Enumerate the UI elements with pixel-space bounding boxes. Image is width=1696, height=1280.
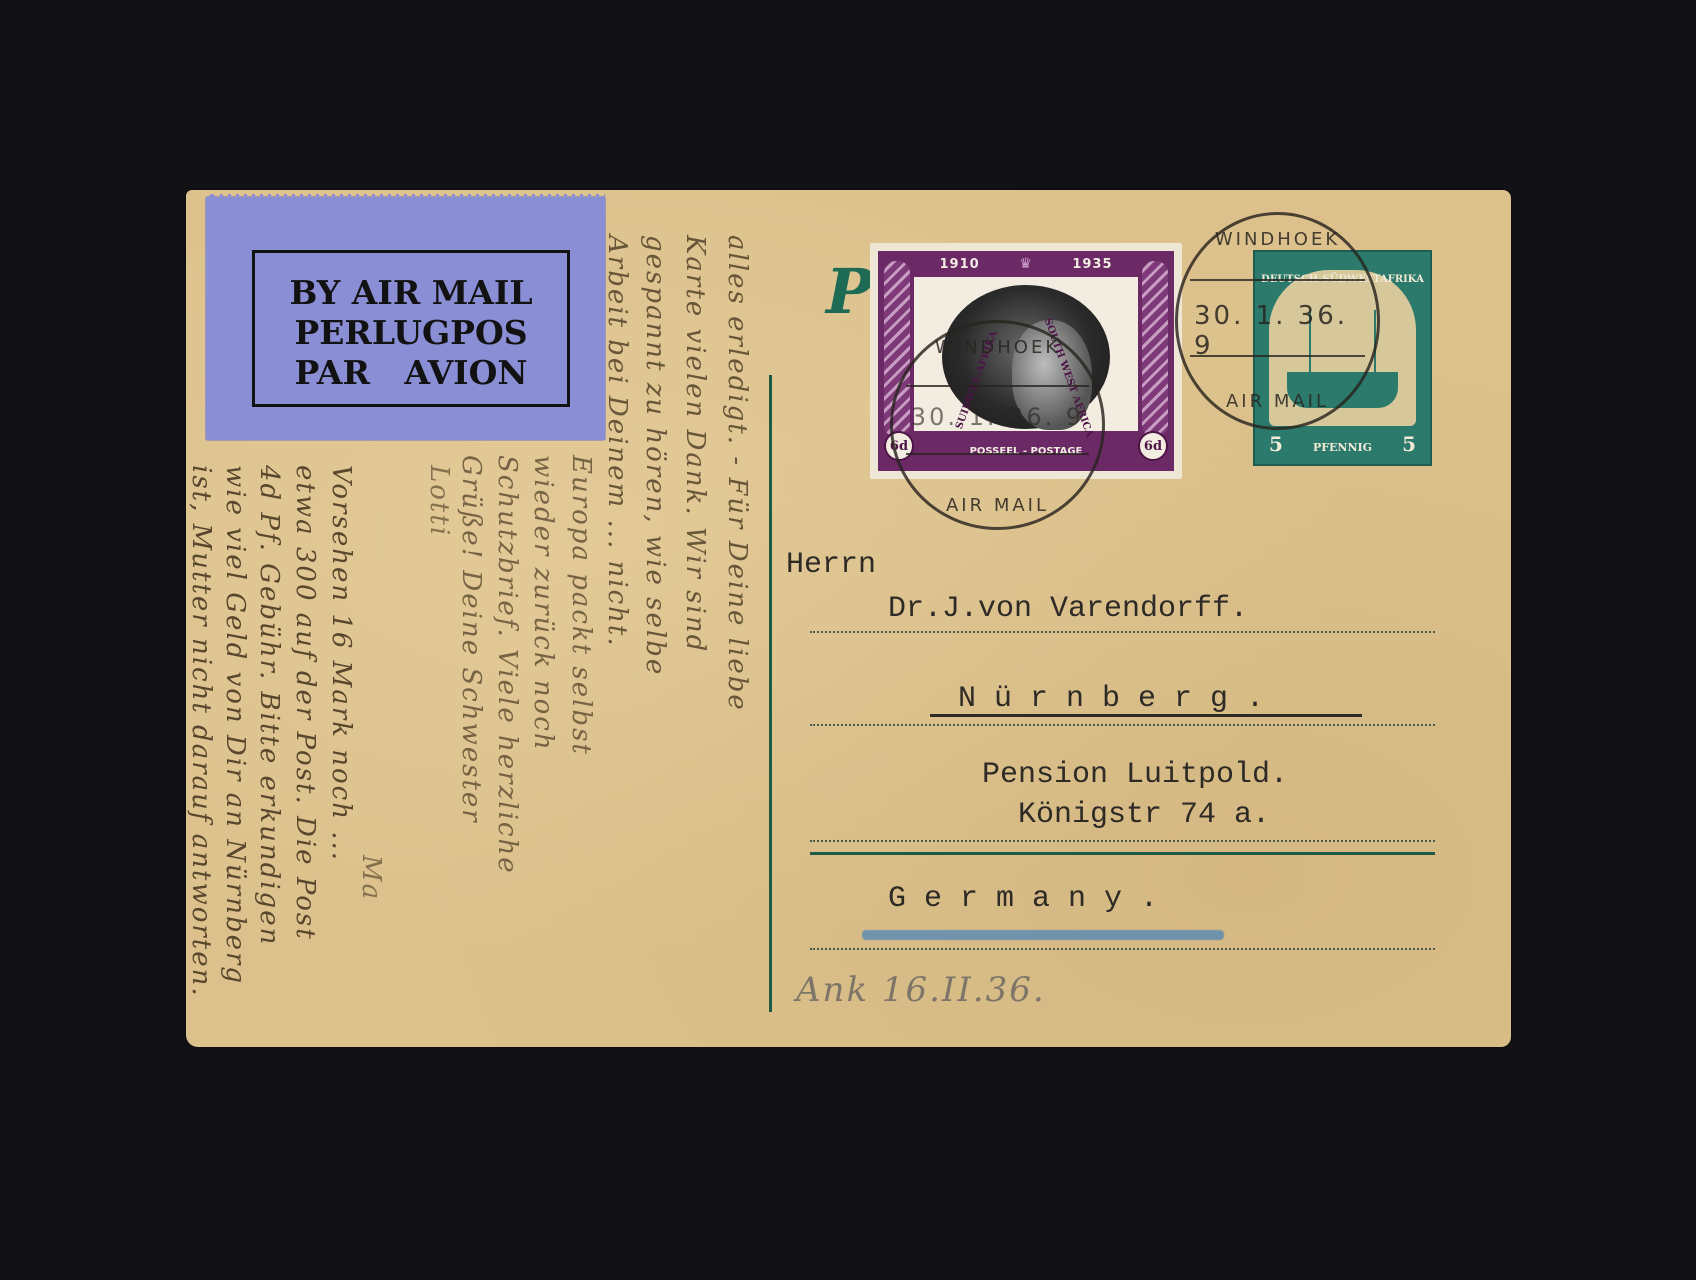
handwriting-line: Vorsehen 16 Mark noch ... — [326, 465, 356, 862]
handwriting-line: etwa 300 auf der Post. Die Post — [290, 465, 320, 941]
handwriting-line: ist, Mutter nicht darauf antworten. — [186, 465, 216, 998]
postkarte-ornament: P — [826, 255, 873, 328]
address-city: N ü r n b e r g . — [958, 682, 1264, 716]
address-dotted-line — [810, 948, 1435, 950]
postmark-date: 30. 1. 36. 9 — [893, 403, 1102, 431]
postmark-date: 30. 1. 36. 9 — [1178, 301, 1377, 361]
address-dotted-line — [810, 631, 1435, 633]
blue-crayon-underline — [862, 930, 1224, 940]
divider-line — [769, 375, 772, 1012]
handwriting-line: Karte vielen Dank. Wir sind — [680, 235, 710, 653]
address-salutation: Herrn — [786, 548, 876, 582]
handwritten-message: alles erledigt. - Für Deine liebe Karte … — [200, 205, 760, 1045]
city-underline — [930, 714, 1362, 717]
handwriting-line: Arbeit bei Deinem ... nicht. — [602, 235, 632, 648]
handwriting-line: Lotti — [424, 465, 454, 537]
handwriting-line: Grüße! Deine Schwester — [456, 455, 486, 824]
postmark-windhoek-2: WINDHOEK 30. 1. 36. 9 AIR MAIL — [1175, 212, 1380, 430]
address-country: G e r m a n y . — [888, 882, 1158, 916]
stamp-years: 1910 ♛ 1935 — [878, 256, 1174, 272]
address-dotted-line — [810, 840, 1435, 842]
pencil-arrival-note: Ank 16.II.36. — [796, 970, 1046, 1010]
stamp-year-left: 1910 — [940, 257, 980, 272]
stamp-value-right: 5 — [1402, 432, 1416, 456]
postmark-city: WINDHOEK — [893, 337, 1102, 358]
postmark-windhoek-1: WINDHOEK 30. 1. 36. 9 AIR MAIL — [890, 320, 1105, 530]
postmark-airmail: AIR MAIL — [1178, 391, 1377, 412]
handwriting-line: alles erledigt. - Für Deine liebe — [722, 235, 752, 712]
address-name: Dr.J.von Varendorff. — [888, 592, 1248, 626]
stamp-ornament-right — [1142, 261, 1168, 437]
address-divider — [810, 852, 1435, 855]
postmark-airmail: AIR MAIL — [893, 495, 1102, 516]
stamp-value-right: 6d — [1138, 431, 1168, 461]
crown-icon: ♛ — [1019, 256, 1033, 272]
postmark-city: WINDHOEK — [1178, 229, 1377, 250]
handwriting-line: 4d Pf. Gebühr. Bitte erkundigen — [254, 465, 284, 946]
handwriting-line: gespannt zu hören, wie selbe — [640, 235, 670, 676]
address-line1: Pension Luitpold. — [982, 758, 1288, 792]
stamp-year-right: 1935 — [1072, 257, 1112, 272]
address-line2: Königstr 74 a. — [1018, 798, 1270, 832]
handwriting-line: Schutzbrief. Viele herzliche — [492, 455, 522, 875]
address-dotted-line — [810, 724, 1435, 726]
handwriting-line: Europa packt selbst — [566, 455, 596, 756]
handwriting-line: Ma — [356, 855, 386, 901]
handwriting-line: wieder zurück noch — [528, 455, 558, 752]
handwriting-line: wie viel Geld von Dir an Nürnberg — [220, 465, 250, 985]
